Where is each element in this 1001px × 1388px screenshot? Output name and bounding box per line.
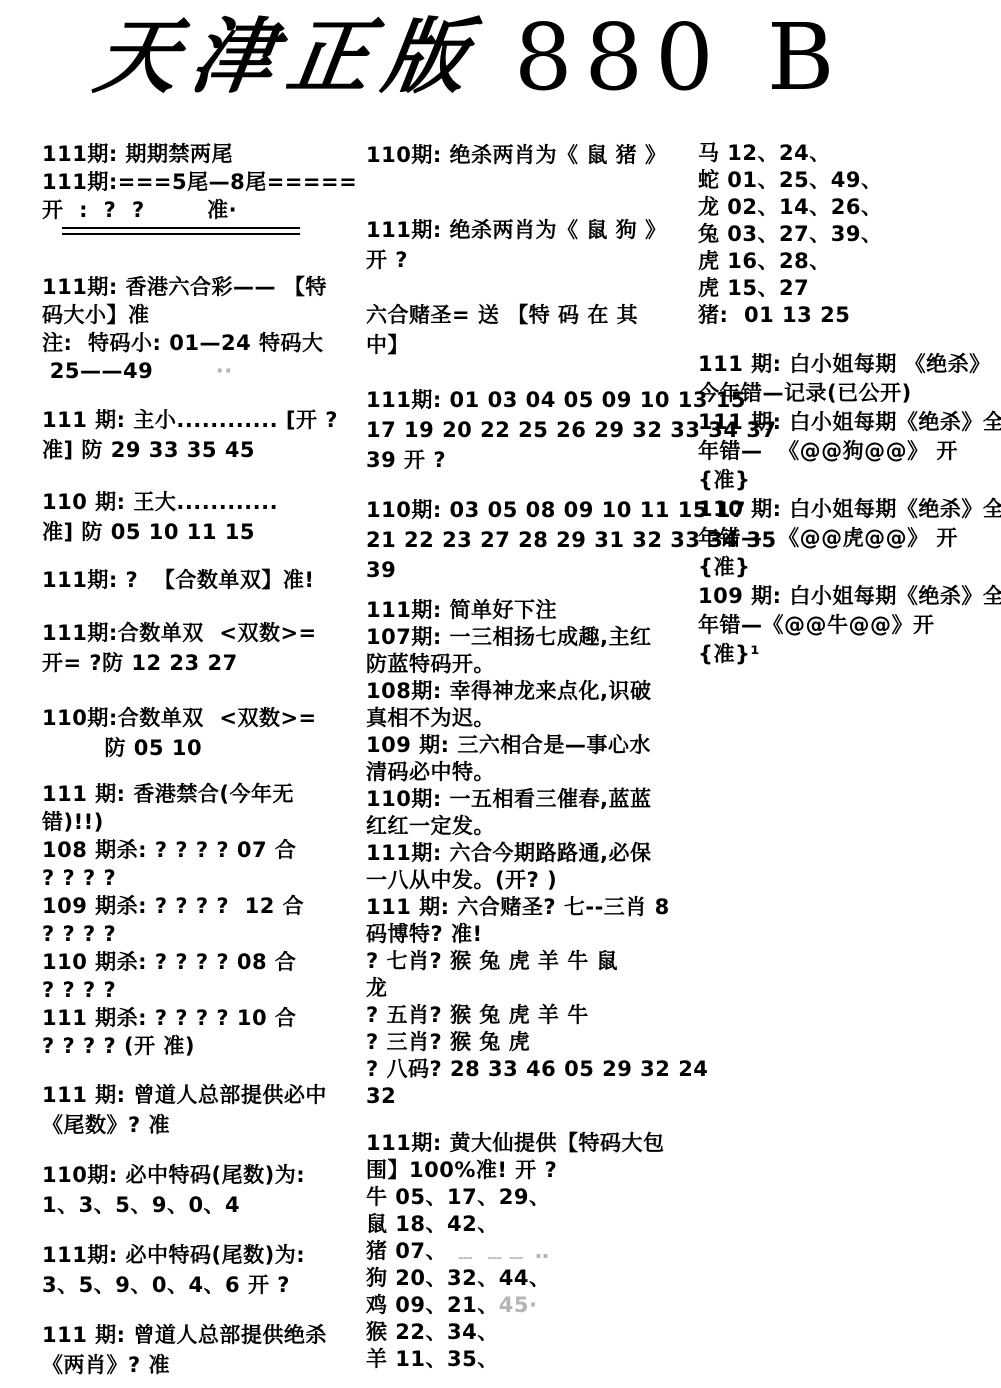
text-line: 111期: 黄大仙提供【特码大包 bbox=[366, 1130, 702, 1157]
text-block: 111期: 香港六合彩—— 【特码大小】准注: 特码小: 01—24 特码大 2… bbox=[42, 273, 362, 385]
text-line: 111 期: 白小姐每期《绝杀》全 bbox=[698, 408, 998, 437]
text-line: {准}¹ bbox=[698, 640, 998, 669]
text-line: 虎 15、27 bbox=[698, 275, 998, 302]
text-line: 110 期: 白小姐每期《绝杀》全 bbox=[698, 495, 998, 524]
text-line: 111期: 期期禁两尾 bbox=[42, 140, 362, 168]
text-line: 111期: 香港六合彩—— 【特 bbox=[42, 273, 362, 301]
text-line: 25——49 ·· bbox=[42, 357, 362, 385]
text-line: 3、5、9、0、4、6 开 ? bbox=[42, 1270, 362, 1300]
column-right: 马 12、24、蛇 01、25、49、龙 02、14、26、兔 03、27、39… bbox=[698, 125, 998, 669]
text-block: 110 期: 王大............准] 防 05 10 11 15 bbox=[42, 487, 362, 547]
text-line: 110期:合数单双 <双数>= bbox=[42, 703, 362, 733]
text-line: 龙 bbox=[366, 975, 702, 1002]
text-block: 111 期: 白小姐每期 《绝杀》今年错—记录(已公开)111 期: 白小姐每期… bbox=[698, 350, 998, 669]
text-line: ? 七肖? 猴 兔 虎 羊 牛 鼠 bbox=[366, 948, 702, 975]
text-block: 111期: 简单好下注107期: 一三相扬七成趣,主红防蓝特码开。108期: 幸… bbox=[366, 597, 702, 1110]
lottery-tip-sheet: 天津正版 880 B 111期: 期期禁两尾111期:===5尾—8尾=====… bbox=[0, 0, 1001, 1388]
text-block: 111期: 黄大仙提供【特码大包围】100%准! 开 ?牛 05、17、29、鼠… bbox=[366, 1130, 702, 1373]
text-block: 六合赌圣= 送 【特 码 在 其中】 bbox=[366, 300, 702, 360]
text-line: 1、3、5、9、0、4 bbox=[42, 1190, 362, 1220]
text-block: 111期: 必中特码(尾数)为:3、5、9、0、4、6 开 ? bbox=[42, 1240, 362, 1300]
text-block: 111 期: 主小............ [开 ?准] 防 29 33 35 … bbox=[42, 405, 362, 465]
text-line: 109 期: 白小姐每期《绝杀》全 bbox=[698, 582, 998, 611]
text-block: 111期: ? 【合数单双】准! bbox=[42, 565, 362, 595]
text-line: 111 期: 曾道人总部提供必中 bbox=[42, 1080, 362, 1110]
text-line: 107期: 一三相扬七成趣,主红 bbox=[366, 624, 702, 651]
text-line: 虎 16、28、 bbox=[698, 248, 998, 275]
text-block: 111 期: 香港禁合(今年无错)!!)108 期杀: ? ? ? ? 07 合… bbox=[42, 780, 362, 1060]
text-line: ? ? ? ? bbox=[42, 920, 362, 948]
text-block: 111期: 绝杀两肖为《 鼠 狗 》开 ? bbox=[366, 215, 702, 275]
text-line: 111 期: 六合赌圣? 七--三肖 8 bbox=[366, 894, 702, 921]
text-line: 红红一定发。 bbox=[366, 813, 702, 840]
text-line: 六合赌圣= 送 【特 码 在 其 bbox=[366, 300, 702, 330]
text-block: 111 期: 曾道人总部提供必中《尾数》? 准 bbox=[42, 1080, 362, 1140]
text-line: 鼠 18、42、 bbox=[366, 1211, 702, 1238]
text-line: ? ? ? ? (开 准) bbox=[42, 1032, 362, 1060]
text-line: 开= ?防 12 23 27 bbox=[42, 648, 362, 678]
text-block: 111 期: 曾道人总部提供绝杀《两肖》? 准 bbox=[42, 1320, 362, 1380]
text-line: 兔 03、27、39、 bbox=[698, 221, 998, 248]
text-line: 17 19 20 22 25 26 29 32 33 34 37 bbox=[366, 415, 702, 445]
text-line: 111 期: 主小............ [开 ? bbox=[42, 405, 362, 435]
text-block: 110期: 03 05 08 09 10 11 15 1721 22 23 27… bbox=[366, 495, 702, 585]
text-line: 一八从中发。(开? ) bbox=[366, 867, 702, 894]
text-line: 108 期杀: ? ? ? ? 07 合 bbox=[42, 836, 362, 864]
text-line: 防蓝特码开。 bbox=[366, 651, 702, 678]
text-line: 39 开 ? bbox=[366, 445, 702, 475]
text-block: 111期: 期期禁两尾111期:===5尾—8尾=====开 : ? ? 准· bbox=[42, 140, 362, 224]
text-line: 109 期: 三六相合是—事心水 bbox=[366, 732, 702, 759]
faint-text: ·· bbox=[153, 359, 232, 383]
text-line: 111 期: 曾道人总部提供绝杀 bbox=[42, 1320, 362, 1350]
text-line: 111期: 01 03 04 05 09 10 13 15 bbox=[366, 385, 702, 415]
text-line: ? 八码? 28 33 46 05 29 32 24 bbox=[366, 1056, 702, 1083]
text-block: 110期: 绝杀两肖为《 鼠 猪 》 bbox=[366, 140, 702, 170]
text-line: 中】 bbox=[366, 330, 702, 360]
text-line: 39 bbox=[366, 555, 702, 585]
text-line: 年错—《@@牛@@》开 bbox=[698, 611, 998, 640]
text-line: 开 : ? ? 准· bbox=[42, 196, 362, 224]
text-line: 猪: 01 13 25 bbox=[698, 302, 998, 329]
text-block: 110期:合数单双 <双数>= 防 05 10 bbox=[42, 703, 362, 763]
text-line: ? 五肖? 猴 兔 虎 羊 牛 bbox=[366, 1002, 702, 1029]
text-line: 110期: 03 05 08 09 10 11 15 17 bbox=[366, 495, 702, 525]
text-line: 真相不为迟。 bbox=[366, 705, 702, 732]
text-line: 码博特? 准! bbox=[366, 921, 702, 948]
text-line: 108期: 幸得神龙来点化,识破 bbox=[366, 678, 702, 705]
text-line: ? 三肖? 猴 兔 虎 bbox=[366, 1029, 702, 1056]
masthead: 天津正版 880 B bbox=[96, 2, 846, 112]
text-line: 鸡 09、21、45· bbox=[366, 1292, 702, 1319]
text-line: 111 期杀: ? ? ? ? 10 合 bbox=[42, 1004, 362, 1032]
text-line: 年错— 《@@狗@@》 开 bbox=[698, 437, 998, 466]
text-line: 蛇 01、25、49、 bbox=[698, 167, 998, 194]
text-block: 马 12、24、蛇 01、25、49、龙 02、14、26、兔 03、27、39… bbox=[698, 140, 998, 329]
text-line: {准} bbox=[698, 466, 998, 495]
faint-text: ﹍ ﹍﹍ ‥ bbox=[447, 1239, 549, 1263]
text-line: 110 期: 王大............ bbox=[42, 487, 362, 517]
text-line: {准} bbox=[698, 553, 998, 582]
text-block: 110期: 必中特码(尾数)为:1、3、5、9、0、4 bbox=[42, 1160, 362, 1220]
column-middle: 110期: 绝杀两肖为《 鼠 猪 》111期: 绝杀两肖为《 鼠 狗 》开 ?六… bbox=[366, 125, 702, 1373]
text-line: 111期: 必中特码(尾数)为: bbox=[42, 1240, 362, 1270]
text-line: 111期:合数单双 <双数>= bbox=[42, 618, 362, 648]
page-title-code: 880 B bbox=[514, 4, 846, 112]
text-line: 猪 07、 ﹍ ﹍﹍ ‥ bbox=[366, 1238, 702, 1265]
text-line: 羊 11、35、 bbox=[366, 1346, 702, 1373]
text-line: 110期: 绝杀两肖为《 鼠 猪 》 bbox=[366, 140, 702, 170]
text-line: 110期: 一五相看三催春,蓝蓝 bbox=[366, 786, 702, 813]
text-line: 猴 22、34、 bbox=[366, 1319, 702, 1346]
text-line: 111 期: 白小姐每期 《绝杀》 bbox=[698, 350, 998, 379]
text-block: 111期:合数单双 <双数>=开= ?防 12 23 27 bbox=[42, 618, 362, 678]
text-block: 111期: 01 03 04 05 09 10 13 1517 19 20 22… bbox=[366, 385, 702, 475]
text-line: 110期: 必中特码(尾数)为: bbox=[42, 1160, 362, 1190]
text-line: 龙 02、14、26、 bbox=[698, 194, 998, 221]
text-line: 111期:===5尾—8尾===== bbox=[42, 168, 362, 196]
text-line: 109 期杀: ? ? ? ? 12 合 bbox=[42, 892, 362, 920]
text-line: 错)!!) bbox=[42, 808, 362, 836]
text-line: 111期: 绝杀两肖为《 鼠 狗 》 bbox=[366, 215, 702, 245]
text-line: 注: 特码小: 01—24 特码大 bbox=[42, 329, 362, 357]
text-line: 码大小】准 bbox=[42, 301, 362, 329]
text-line: 准] 防 29 33 35 45 bbox=[42, 435, 362, 465]
page-title-script: 天津正版 bbox=[88, 2, 487, 112]
text-line: 狗 20、32、44、 bbox=[366, 1265, 702, 1292]
column-left: 111期: 期期禁两尾111期:===5尾—8尾=====开 : ? ? 准·1… bbox=[42, 125, 362, 1380]
text-line: 围】100%准! 开 ? bbox=[366, 1157, 702, 1184]
text-line: 清码必中特。 bbox=[366, 759, 702, 786]
faint-text: 45· bbox=[499, 1293, 538, 1317]
text-line: 111期: 六合今期路路通,必保 bbox=[366, 840, 702, 867]
text-line: 32 bbox=[366, 1083, 702, 1110]
text-line: 年错— 《@@虎@@》 开 bbox=[698, 524, 998, 553]
text-line: 开 ? bbox=[366, 245, 702, 275]
text-line: 防 05 10 bbox=[42, 733, 362, 763]
text-line: 111 期: 香港禁合(今年无 bbox=[42, 780, 362, 808]
text-line: 《两肖》? 准 bbox=[42, 1350, 362, 1380]
text-line: ? ? ? ? bbox=[42, 864, 362, 892]
text-line: 牛 05、17、29、 bbox=[366, 1184, 702, 1211]
text-line: ? ? ? ? bbox=[42, 976, 362, 1004]
text-line: 111期: 简单好下注 bbox=[366, 597, 702, 624]
double-rule bbox=[62, 227, 300, 235]
text-line: 21 22 23 27 28 29 31 32 33 34 35 bbox=[366, 525, 702, 555]
text-line: 《尾数》? 准 bbox=[42, 1110, 362, 1140]
text-line: 马 12、24、 bbox=[698, 140, 998, 167]
text-line: 111期: ? 【合数单双】准! bbox=[42, 565, 362, 595]
text-line: 今年错—记录(已公开) bbox=[698, 379, 998, 408]
text-line: 110 期杀: ? ? ? ? 08 合 bbox=[42, 948, 362, 976]
text-line: 准] 防 05 10 11 15 bbox=[42, 517, 362, 547]
